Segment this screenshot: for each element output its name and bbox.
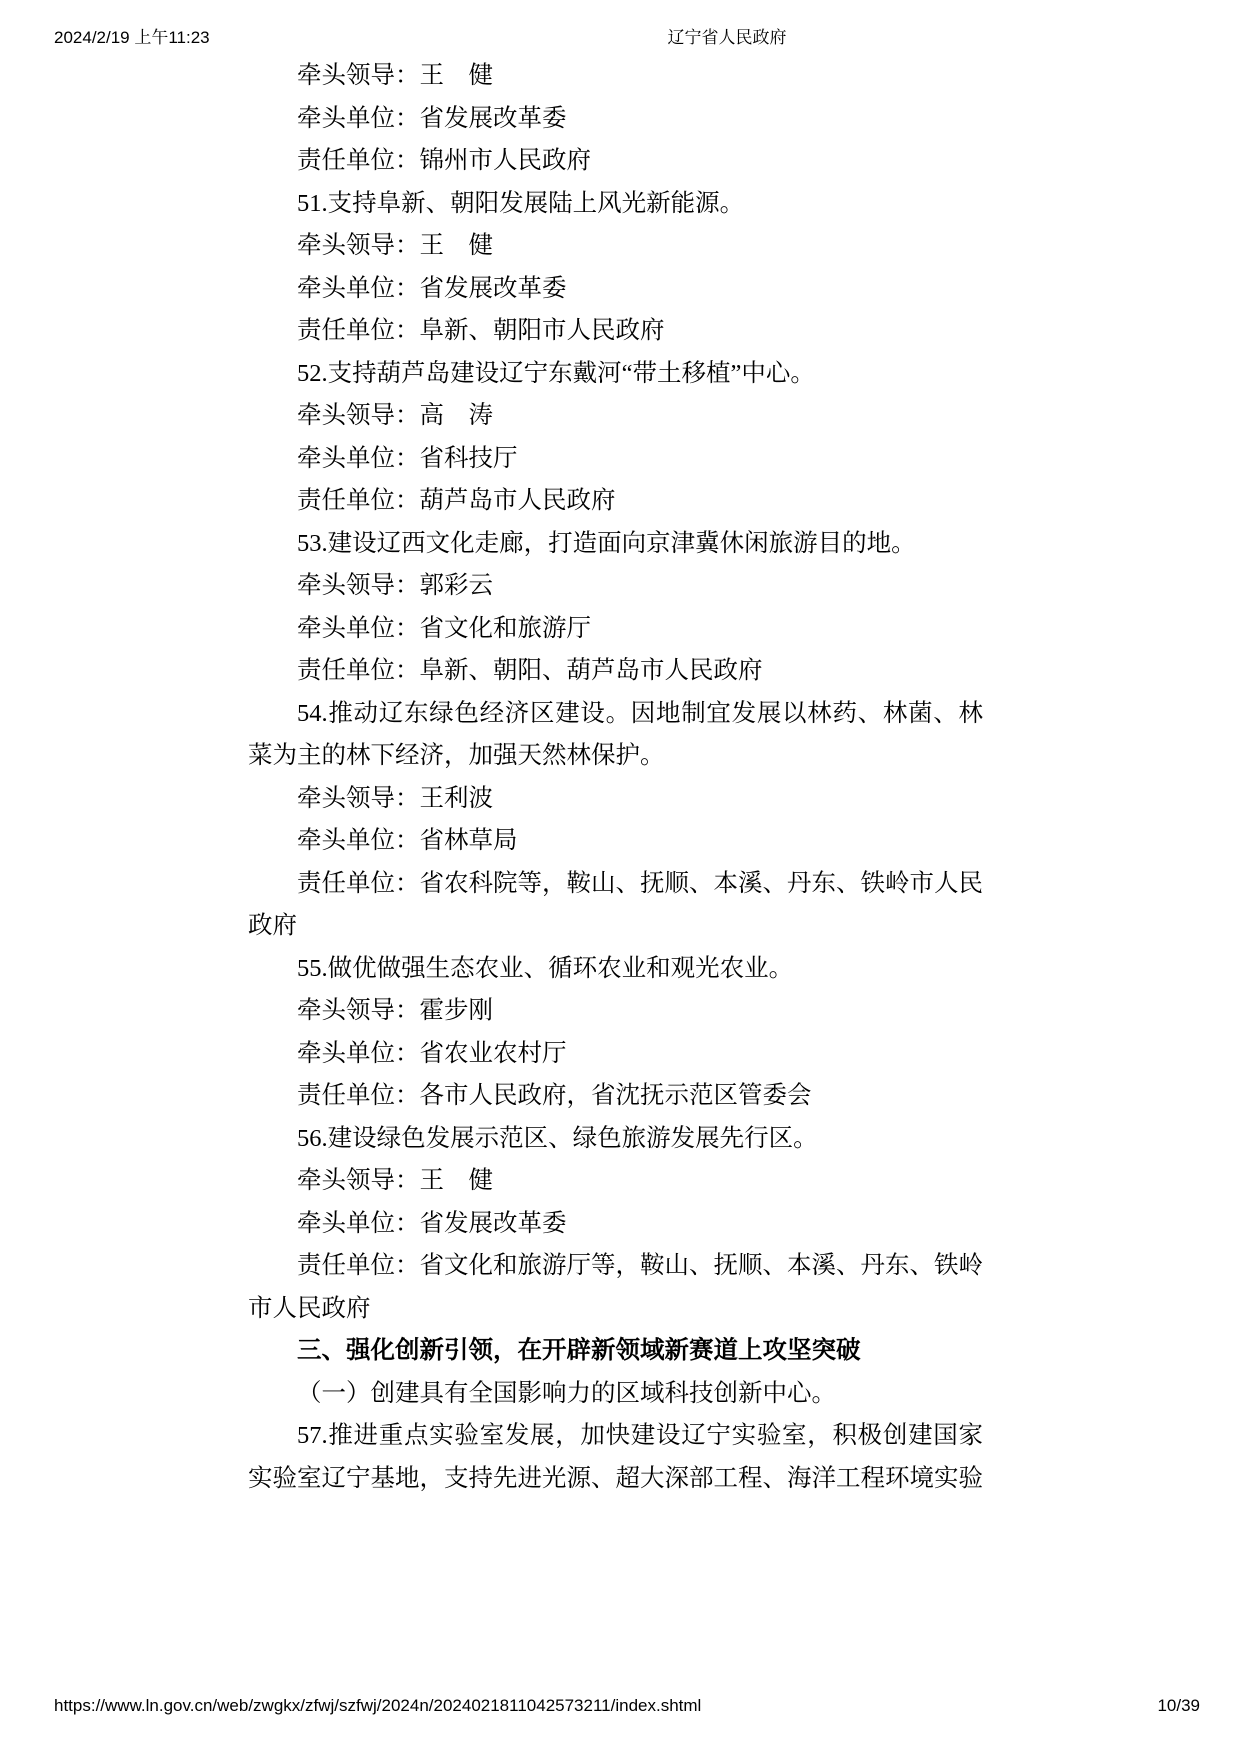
document-line: 54.推动辽东绿色经济区建设。因地制宜发展以林药、林菌、林 (248, 693, 983, 736)
document-line: 牵头单位：省科技厅 (248, 438, 983, 481)
document-line: 责任单位：阜新、朝阳市人民政府 (248, 310, 983, 353)
footer-url: https://www.ln.gov.cn/web/zwgkx/zfwj/szf… (54, 1694, 701, 1718)
header-document-title: 辽宁省人民政府 (668, 26, 787, 50)
document-line: 菜为主的林下经济，加强天然林保护。 (248, 735, 983, 778)
document-line: 责任单位：阜新、朝阳、葫芦岛市人民政府 (248, 650, 983, 693)
document-line: 责任单位：省农科院等，鞍山、抚顺、本溪、丹东、铁岭市人民 (248, 863, 983, 906)
document-body: 牵头领导：王 健牵头单位：省发展改革委责任单位：锦州市人民政府51.支持阜新、朝… (248, 55, 983, 1500)
document-line: 51.支持阜新、朝阳发展陆上风光新能源。 (248, 183, 983, 226)
document-line: 56.建设绿色发展示范区、绿色旅游发展先行区。 (248, 1118, 983, 1161)
document-line: （一）创建具有全国影响力的区域科技创新中心。 (248, 1373, 983, 1416)
document-line: 牵头单位：省农业农村厅 (248, 1033, 983, 1076)
document-line: 责任单位：锦州市人民政府 (248, 140, 983, 183)
document-line: 牵头领导：郭彩云 (248, 565, 983, 608)
document-line: 责任单位：葫芦岛市人民政府 (248, 480, 983, 523)
footer-page-indicator: 10/39 (1157, 1694, 1200, 1718)
document-line: 57.推进重点实验室发展，加快建设辽宁实验室，积极创建国家 (248, 1415, 983, 1458)
document-line: 责任单位：省文化和旅游厅等，鞍山、抚顺、本溪、丹东、铁岭 (248, 1245, 983, 1288)
document-line: 牵头领导：王利波 (248, 778, 983, 821)
document-line: 牵头领导：王 健 (248, 55, 983, 98)
document-line: 55.做优做强生态农业、循环农业和观光农业。 (248, 948, 983, 991)
document-line: 牵头领导：王 健 (248, 1160, 983, 1203)
document-line: 责任单位：各市人民政府，省沈抚示范区管委会 (248, 1075, 983, 1118)
document-line: 实验室辽宁基地，支持先进光源、超大深部工程、海洋工程环境实验 (248, 1458, 983, 1501)
document-line: 牵头单位：省发展改革委 (248, 1203, 983, 1246)
document-line: 53.建设辽西文化走廊，打造面向京津冀休闲旅游目的地。 (248, 523, 983, 566)
document-line: 牵头单位：省林草局 (248, 820, 983, 863)
document-line: 牵头单位：省发展改革委 (248, 98, 983, 141)
document-line: 牵头领导：霍步刚 (248, 990, 983, 1033)
document-line: 市人民政府 (248, 1288, 983, 1331)
print-preview-page: 2024/2/19 上午11:23 辽宁省人民政府 牵头领导：王 健牵头单位：省… (0, 0, 1239, 1754)
document-line: 三、强化创新引领，在开辟新领域新赛道上攻坚突破 (248, 1330, 983, 1373)
header-datetime: 2024/2/19 上午11:23 (54, 26, 210, 50)
document-line: 政府 (248, 905, 983, 948)
document-line: 52.支持葫芦岛建设辽宁东戴河“带土移植”中心。 (248, 353, 983, 396)
document-line: 牵头领导：高 涛 (248, 395, 983, 438)
document-line: 牵头单位：省发展改革委 (248, 268, 983, 311)
document-line: 牵头领导：王 健 (248, 225, 983, 268)
document-line: 牵头单位：省文化和旅游厅 (248, 608, 983, 651)
